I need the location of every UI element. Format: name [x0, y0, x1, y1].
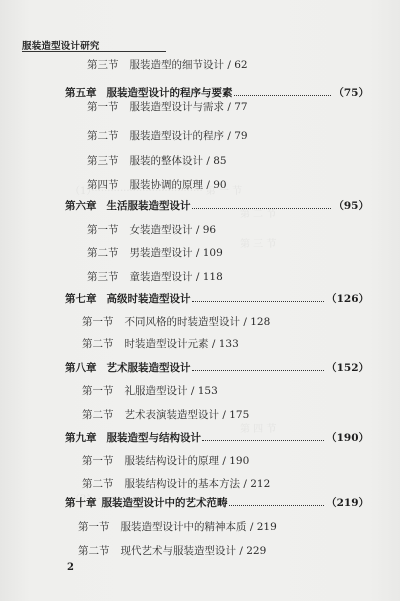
toc-section-entry[interactable]: 第一节女装造型设计 / 96 — [87, 223, 216, 237]
toc-section-entry[interactable]: 第二节服装结构设计的基本方法 / 212 — [82, 477, 270, 491]
section-number: 第二节 — [87, 246, 119, 260]
section-number: 第二节 — [78, 544, 110, 558]
toc-section-entry[interactable]: 第四节服装协调的原理 / 90 — [87, 178, 227, 192]
page-reference: / 85 — [206, 155, 226, 167]
page-reference: / 219 — [250, 521, 277, 533]
dot-leader — [192, 370, 325, 371]
page-reference: / 118 — [196, 271, 223, 283]
toc-section-entry[interactable]: 第二节艺术表演装造型设计 / 175 — [82, 408, 249, 422]
chapter-title: 服装造型设计中的艺术范畴 — [102, 496, 228, 510]
dot-leader — [192, 208, 332, 209]
section-number: 第一节 — [87, 100, 119, 114]
page-reference: / 79 — [227, 130, 247, 142]
page-reference: / 90 — [206, 179, 226, 191]
page-reference: / 190 — [222, 455, 249, 467]
header-rule — [22, 51, 166, 52]
chapter-number: 第七章 — [65, 292, 97, 306]
page-reference: / 77 — [227, 101, 247, 113]
toc-section-entry[interactable]: 第一节服装造型设计与需求 / 77 — [87, 100, 248, 114]
toc-chapter-entry[interactable]: 第八章艺术服装造型设计（152） — [65, 361, 369, 375]
section-title: 现代艺术与服装造型设计 — [121, 545, 237, 557]
toc-section-entry[interactable]: 第一节服装造型设计中的精神本质 / 219 — [78, 520, 277, 534]
toc-chapter-entry[interactable]: 第七章高级时装造型设计（126） — [65, 292, 369, 306]
page-reference: / 153 — [191, 385, 218, 397]
section-title: 女装造型设计 — [130, 224, 193, 236]
book-page: 服装造型设计研究 （1）····························… — [0, 0, 400, 601]
section-number: 第二节 — [82, 408, 114, 422]
page-reference: （190） — [326, 431, 369, 445]
section-number: 第三节 — [87, 154, 119, 168]
dot-leader — [234, 95, 332, 96]
toc-section-entry[interactable]: 第一节礼服造型设计 / 153 — [82, 384, 218, 398]
page-reference: / 229 — [239, 545, 266, 557]
chapter-number: 第五章 — [65, 86, 97, 100]
toc-chapter-entry[interactable]: 第六章生活服装造型设计（95） — [65, 199, 369, 213]
section-number: 第二节 — [82, 477, 114, 491]
section-number: 第二节 — [82, 337, 114, 351]
toc-section-entry[interactable]: 第二节现代艺术与服装造型设计 / 229 — [78, 544, 266, 558]
dot-leader — [202, 440, 324, 441]
page-reference: / 128 — [243, 316, 270, 328]
chapter-title: 高级时装造型设计 — [107, 292, 191, 306]
toc-section-entry[interactable]: 第三节服装造型的细节设计 / 62 — [87, 58, 248, 72]
chapter-number: 第八章 — [65, 361, 97, 375]
page-reference: / 62 — [227, 59, 247, 71]
page-reference: / 96 — [196, 224, 216, 236]
section-title: 服装造型设计的程序 — [130, 130, 225, 142]
toc-section-entry[interactable]: 第二节男装造型设计 / 109 — [87, 246, 223, 260]
page-reference: / 175 — [222, 409, 249, 421]
section-title: 服装结构设计的基本方法 — [125, 478, 241, 490]
section-title: 不同风格的时装造型设计 — [125, 316, 241, 328]
section-title: 男装造型设计 — [130, 247, 193, 259]
page-reference: / 133 — [212, 338, 239, 350]
toc-chapter-entry[interactable]: 第五章服装造型设计的程序与要素（75） — [65, 86, 369, 100]
toc-section-entry[interactable]: 第三节服装的整体设计 / 85 — [87, 154, 227, 168]
section-number: 第二节 — [87, 129, 119, 143]
chapter-title: 服装造型设计的程序与要素 — [107, 86, 233, 100]
section-title: 礼服造型设计 — [125, 385, 188, 397]
section-title: 服装结构设计的原理 — [125, 455, 220, 467]
section-title: 时装造型设计元素 — [125, 338, 209, 350]
toc-chapter-entry[interactable]: 第十章服装造型设计中的艺术范畴（219） — [65, 496, 369, 510]
chapter-number: 第六章 — [65, 199, 97, 213]
toc-chapter-entry[interactable]: 第九章服装造型与结构设计（190） — [65, 431, 369, 445]
page-reference: （95） — [333, 199, 369, 213]
section-title: 童装造型设计 — [130, 271, 193, 283]
section-title: 服装造型设计与需求 — [130, 101, 225, 113]
page-reference: （126） — [326, 292, 369, 306]
section-title: 服装造型设计中的精神本质 — [121, 521, 247, 533]
section-number: 第一节 — [82, 315, 114, 329]
section-number: 第一节 — [82, 454, 114, 468]
page-reference: / 109 — [196, 247, 223, 259]
section-title: 服装协调的原理 — [130, 179, 204, 191]
toc-section-entry[interactable]: 第三节童装造型设计 / 118 — [87, 270, 223, 284]
section-number: 第三节 — [87, 270, 119, 284]
chapter-number: 第九章 — [65, 431, 97, 445]
page-number: 2 — [67, 562, 74, 573]
page-reference: （152） — [326, 361, 369, 375]
chapter-title: 艺术服装造型设计 — [107, 361, 191, 375]
toc-section-entry[interactable]: 第一节不同风格的时装造型设计 / 128 — [82, 315, 270, 329]
section-number: 第一节 — [87, 223, 119, 237]
dot-leader — [192, 301, 325, 302]
section-number: 第一节 — [82, 384, 114, 398]
section-number: 第四节 — [87, 178, 119, 192]
dot-leader — [229, 505, 325, 506]
toc-section-entry[interactable]: 第二节服装造型设计的程序 / 79 — [87, 129, 248, 143]
chapter-title: 服装造型与结构设计 — [107, 431, 202, 445]
show-through-text: 第 三 节 — [240, 235, 276, 250]
page-reference: / 212 — [243, 478, 270, 490]
page-reference: （219） — [326, 496, 369, 510]
page-reference: （75） — [333, 86, 369, 100]
chapter-number: 第十章 — [65, 496, 97, 510]
toc-section-entry[interactable]: 第一节服装结构设计的原理 / 190 — [82, 454, 249, 468]
section-title: 艺术表演装造型设计 — [125, 409, 220, 421]
section-title: 服装的整体设计 — [130, 155, 204, 167]
chapter-title: 生活服装造型设计 — [107, 199, 191, 213]
running-head: 服装造型设计研究 — [22, 38, 100, 52]
section-number: 第三节 — [87, 58, 119, 72]
section-number: 第一节 — [78, 520, 110, 534]
section-title: 服装造型的细节设计 — [130, 59, 225, 71]
toc-section-entry[interactable]: 第二节时装造型设计元素 / 133 — [82, 337, 239, 351]
